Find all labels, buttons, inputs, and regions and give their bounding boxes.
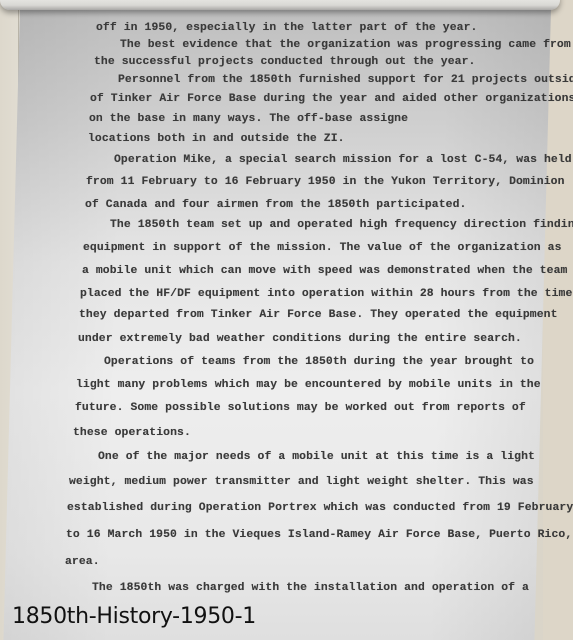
text-line: from 11 February to 16 February 1950 in … bbox=[86, 176, 565, 188]
text-line: area. bbox=[65, 556, 100, 568]
text-line: the successful projects conducted throug… bbox=[94, 56, 475, 68]
text-line: off in 1950, especially in the latter pa… bbox=[96, 22, 477, 34]
text-line: light many problems which may be encount… bbox=[76, 379, 541, 391]
text-line: The 1850th team set up and operated high… bbox=[110, 219, 573, 231]
text-line: Operations of teams from the 1850th duri… bbox=[104, 356, 534, 368]
text-line: a mobile unit which can move with speed … bbox=[82, 265, 567, 277]
text-line: The 1850th was charged with the installa… bbox=[92, 582, 529, 594]
page-text: off in 1950, especially in the latter pa… bbox=[0, 0, 573, 640]
text-line: they departed from Tinker Air Force Base… bbox=[79, 309, 558, 321]
text-line: on the base in many ways. The off-base a… bbox=[89, 113, 408, 125]
text-line: Operation Mike, a special search mission… bbox=[114, 154, 572, 166]
text-line: these operations. bbox=[73, 427, 191, 439]
text-line: established during Operation Portrex whi… bbox=[67, 502, 573, 514]
text-line: of Canada and four airmen from the 1850t… bbox=[85, 199, 466, 211]
text-line: future. Some possible solutions may be w… bbox=[75, 402, 526, 414]
text-line: Personnel from the 1850th furnished supp… bbox=[118, 74, 573, 86]
overlapping-page-edge bbox=[0, 0, 560, 10]
image-caption: 1850th-History-1950-1 bbox=[12, 604, 256, 629]
text-line: The best evidence that the organization … bbox=[120, 39, 571, 51]
text-line: of Tinker Air Force Base during the year… bbox=[90, 93, 573, 105]
text-line: under extremely bad weather conditions d… bbox=[78, 333, 522, 345]
text-line: weight, medium power transmitter and lig… bbox=[69, 476, 534, 488]
text-line: One of the major needs of a mobile unit … bbox=[98, 451, 535, 463]
text-line: equipment in support of the mission. The… bbox=[83, 242, 562, 254]
text-line: placed the HF/DF equipment into operatio… bbox=[80, 288, 572, 300]
text-line: locations both in and outside the ZI. bbox=[88, 133, 345, 145]
text-line: to 16 March 1950 in the Vieques Island-R… bbox=[66, 529, 572, 541]
